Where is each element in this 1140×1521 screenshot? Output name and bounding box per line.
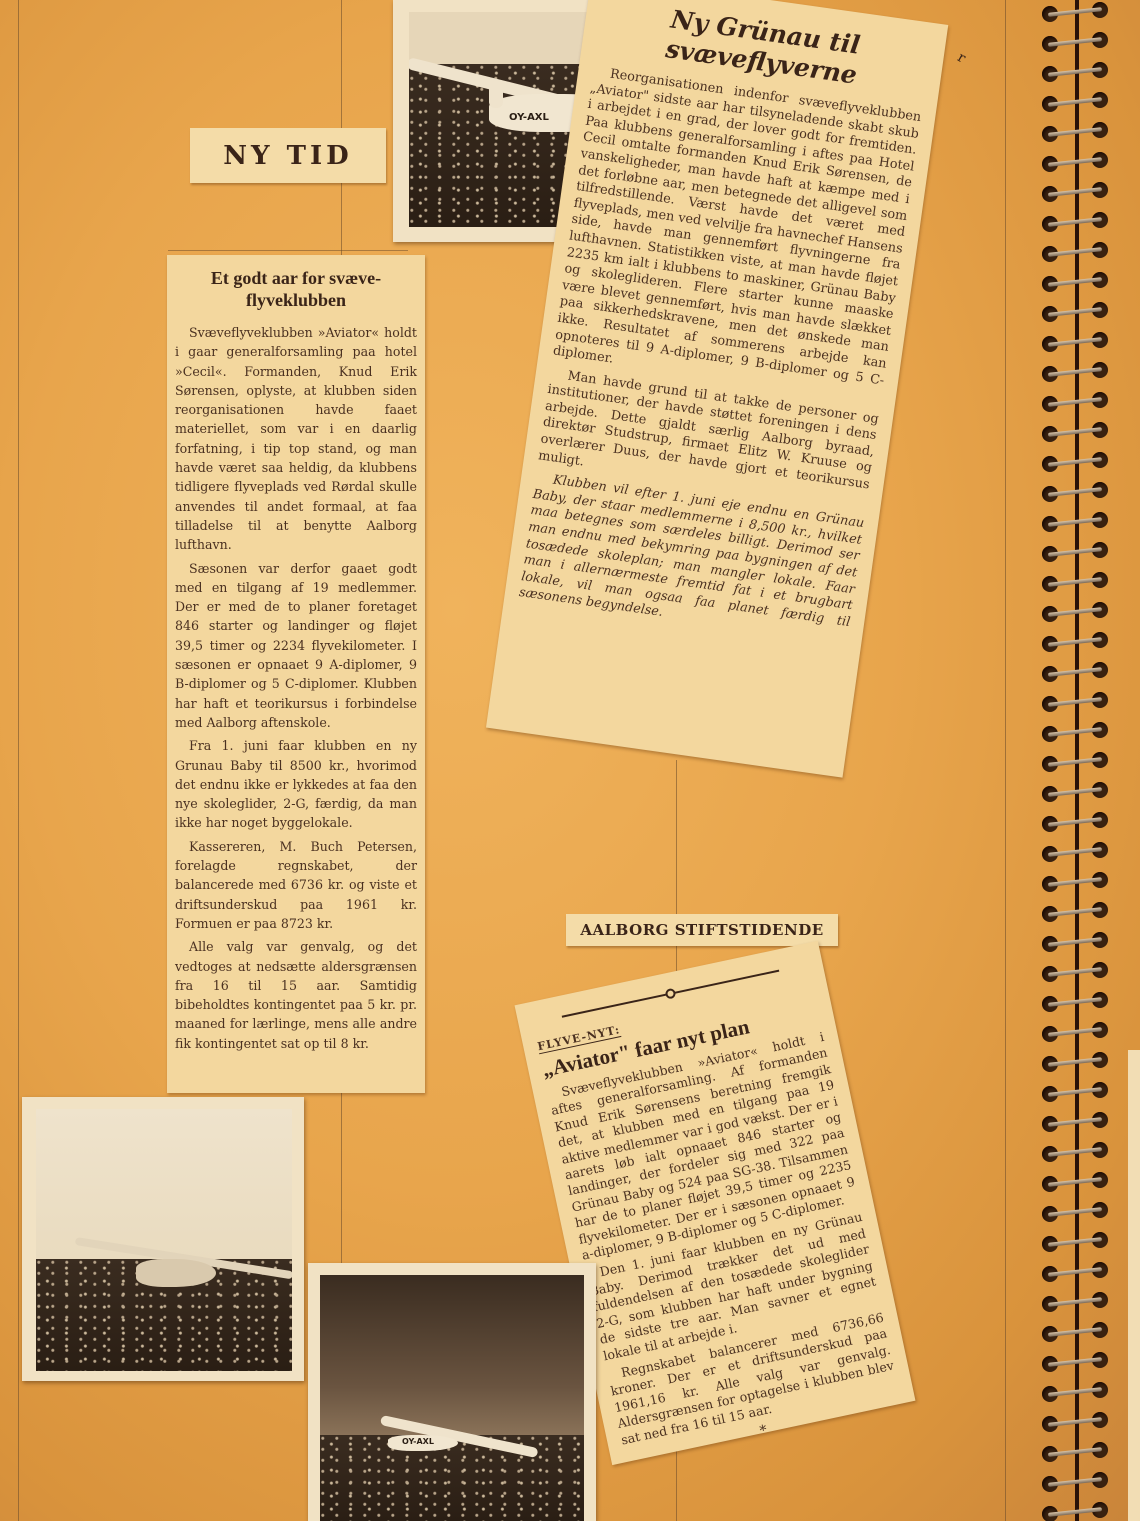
binding-ring [1042,424,1108,446]
binding-ring [1042,1294,1108,1316]
binding-ring [1042,664,1108,686]
binding-ring [1042,844,1108,866]
binding-ring [1042,334,1108,356]
ornament-rule [562,970,780,1018]
newspaper-label-ny-tid: NY TID [190,128,386,183]
binding-ring [1042,454,1108,476]
binding-ring [1042,634,1108,656]
binding-ring [1042,364,1108,386]
binding-ring [1042,964,1108,986]
binding-ring [1042,694,1108,716]
page-rule [168,250,408,251]
binding-ring [1042,544,1108,566]
binding-ring [1042,1234,1108,1256]
binding-ring [1042,904,1108,926]
page-margin-line [18,0,19,1521]
binding-ring [1042,4,1108,26]
binding-ring [1042,514,1108,536]
binding-ring [1042,1324,1108,1346]
binding-ring [1042,214,1108,236]
binding-ring [1042,874,1108,896]
article-paragraph: Kassereren, M. Buch Petersen, forelagde … [175,837,417,933]
article-paragraph: Svæveflyveklubben »Aviator« holdt i gaar… [175,323,417,555]
binding-ring [1042,1414,1108,1436]
binding-ring [1042,124,1108,146]
article-paragraph: Reorganisationen indenfor svæveflyveklub… [552,64,922,406]
binding-ring [1042,1054,1108,1076]
binding-ring [1042,1504,1108,1521]
binding-ring [1042,1354,1108,1376]
binding-ring [1042,604,1108,626]
binding-ring [1042,64,1108,86]
aircraft-registration: OY-AXL [509,112,549,123]
binding-ring [1042,484,1108,506]
binding-ring [1042,1384,1108,1406]
binding-ring [1042,994,1108,1016]
binding-ring [1042,574,1108,596]
corner-mark: r [954,49,968,66]
binding-ring [1042,94,1108,116]
binding-ring [1042,1444,1108,1466]
clipping-et-godt-aar: Et godt aar for svæve-flyveklubben Svæve… [167,255,425,1093]
binding-ring [1042,754,1108,776]
newspaper-label-aalborg-stiftstidende: AALBORG STIFTSTIDENDE [566,914,838,946]
binding-ring [1042,814,1108,836]
label-text: AALBORG STIFTSTIDENDE [580,921,823,939]
binding-ring [1042,34,1108,56]
binding-ring [1042,1204,1108,1226]
next-page-edge [1128,1050,1140,1521]
article-paragraph: Fra 1. juni faar klubben en ny Grunau Ba… [175,736,417,832]
binding-ring [1042,1114,1108,1136]
binding-ring [1042,244,1108,266]
binding-ring [1042,1144,1108,1166]
label-text: NY TID [223,141,352,171]
binding-ring [1042,724,1108,746]
photo-glider-wing [22,1097,304,1381]
binding-ring [1042,274,1108,296]
photo-glider-airfield: OY-AXL [308,1263,596,1521]
binding-ring [1042,934,1108,956]
binding-ring [1042,154,1108,176]
page-margin-line [1005,0,1006,1521]
binding-ring [1042,784,1108,806]
binding-ring [1042,394,1108,416]
article-paragraph: Sæsonen var derfor gaaet godt med en til… [175,559,417,733]
binding-ring [1042,1474,1108,1496]
binding-ring [1042,1174,1108,1196]
binding-ring [1042,1264,1108,1286]
binding-ring [1042,1084,1108,1106]
binding-ring [1042,1024,1108,1046]
binding-ring [1042,304,1108,326]
article-title: Et godt aar for svæve-flyveklubben [175,267,417,311]
binding-ring [1042,184,1108,206]
article-paragraph: Alle valg var genvalg, og det vedtoges a… [175,937,417,1053]
aircraft-registration: OY-AXL [402,1437,434,1446]
